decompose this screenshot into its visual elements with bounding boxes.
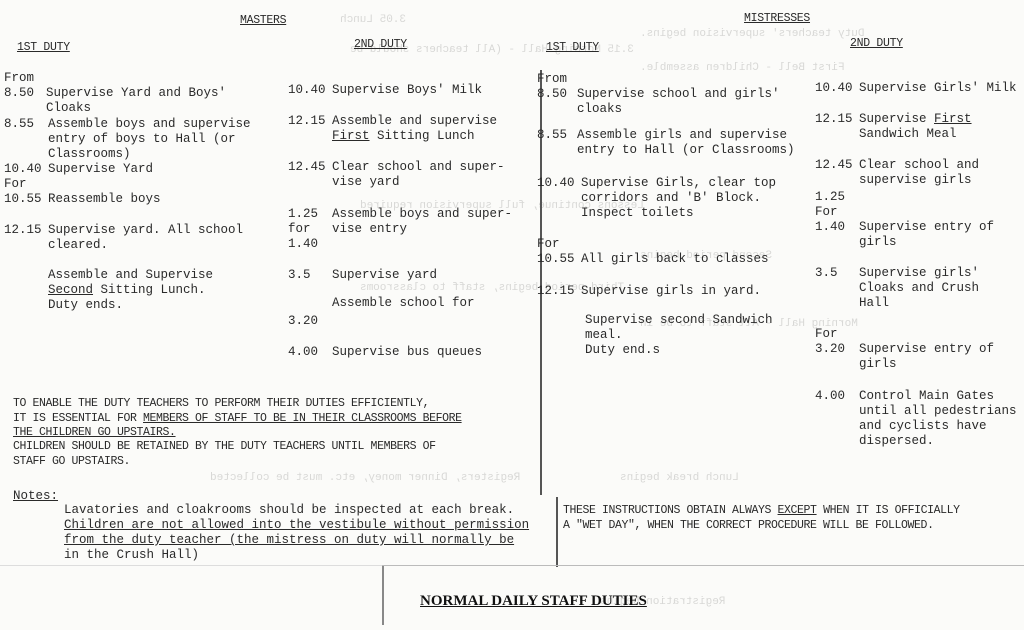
duty-description: Assemble and superviseFirst Sitting Lunc… — [332, 114, 497, 144]
duty-description-emphasis: First — [332, 129, 370, 143]
mistresses-second-duty-heading: 2ND DUTY — [850, 36, 903, 51]
wet-day-emphasis: EXCEPT — [778, 504, 817, 517]
duty-description: Clear school and super- vise yard — [332, 160, 505, 190]
duty-description: Control Main Gates until all pedestrians… — [859, 389, 1017, 449]
masters-second-duty-entry: 12.45Clear school and super- vise yard — [288, 160, 505, 190]
notes-label: Notes: — [13, 489, 58, 504]
masters-first-duty-entry: 8.55Assemble boys and supervise entry of… — [4, 117, 251, 162]
notes-line: from the duty teacher (the mistress on d… — [64, 533, 514, 548]
duty-time: For 10.55 — [4, 177, 48, 207]
notice-text: IT IS ESSENTIAL FOR — [13, 412, 143, 425]
duty-description: Supervise Girls, clear top corridors and… — [581, 176, 776, 221]
bleed-through-text: 3.05 Lunch — [340, 14, 406, 26]
duty-description: All girls back to classes — [581, 237, 769, 267]
duty-time: 12.15 — [815, 112, 859, 127]
duty-description: Supervise entry of girls — [859, 190, 994, 250]
wet-day-box-border — [556, 497, 558, 567]
duty-description: Duty ends. — [48, 298, 123, 312]
mistresses-first-duty-entry: For 10.55 All girls back to classes — [537, 237, 769, 267]
duty-description-line: Assemble and supervise — [332, 114, 497, 128]
mistresses-first-duty-entry: Supervise second Sandwich meal. Duty end… — [585, 313, 773, 358]
duty-time: 8.55 — [537, 128, 577, 143]
notes-line: in the Crush Hall) — [64, 548, 199, 563]
duty-time: 8.55 — [4, 117, 48, 132]
duty-description: Supervise yard. All school cleared. — [48, 223, 243, 253]
masters-second-duty-entry: 10.40Supervise Boys' Milk — [288, 83, 482, 98]
duty-time: 12.45 — [815, 158, 859, 173]
duty-time: 3.5 — [815, 266, 859, 281]
bleed-through-text: Duty teachers' supervision begins. — [640, 28, 864, 40]
wet-day-text: THESE INSTRUCTIONS OBTAIN ALWAYS — [563, 504, 778, 517]
notice-emphasis: THE CHILDREN GO UPSTAIRS. — [13, 425, 176, 440]
notice-line: STAFF GO UPSTAIRS. — [13, 454, 130, 469]
duty-time: From 8.50 — [537, 72, 581, 102]
duty-time: 10.40 — [537, 176, 581, 191]
duty-description-line: Sitting Lunch — [370, 129, 475, 143]
duty-description: Sitting Lunch. — [93, 283, 206, 297]
notes-line: Children are not allowed into the vestib… — [64, 518, 529, 533]
duty-description: Supervise bus queues — [332, 345, 482, 360]
masters-first-duty-entry: Duty ends. — [48, 298, 123, 313]
document-title: NORMAL DAILY STAFF DUTIES — [420, 593, 647, 610]
wet-day-text: WHEN IT IS OFFICIALLY — [817, 504, 960, 517]
masters-first-duty-entry: For 10.55 Reassemble boys — [4, 177, 161, 207]
title-box-border — [382, 565, 384, 625]
duty-description: Supervise yard — [332, 268, 437, 283]
duty-description: Assemble school for — [332, 296, 475, 311]
masters-second-duty-entry: 3.5Supervise yard — [288, 268, 437, 283]
notice-emphasis: MEMBERS OF STAFF TO BE IN THEIR CLASSROO… — [143, 412, 462, 425]
masters-second-duty-entry: Assemble school for — [288, 296, 475, 311]
mistresses-first-duty-entry: From 8.50 Supervise school and girls' cl… — [537, 72, 780, 117]
masters-first-duty-entry: Second Sitting Lunch. — [48, 283, 206, 298]
duty-description: Supervise Yard — [48, 162, 153, 177]
notes-box-border — [0, 565, 382, 566]
duty-time: 1.25 For 1.40 — [815, 190, 859, 235]
wet-day-line: THESE INSTRUCTIONS OBTAIN ALWAYS EXCEPT … — [563, 503, 960, 518]
duty-description: Reassemble boys — [48, 177, 161, 207]
duty-description: Clear school and supervise girls — [859, 158, 979, 188]
masters-second-duty-entry: 4.00Supervise bus queues — [288, 345, 482, 360]
wet-day-line: A "WET DAY", WHEN THE CORRECT PROCEDURE … — [563, 518, 934, 533]
mistresses-second-duty-entry: For 3.20 Supervise entry of girls — [815, 327, 994, 372]
duty-description-line: Supervise — [859, 112, 934, 126]
duty-time: 10.40 — [4, 162, 48, 177]
duty-time: 3.5 — [288, 268, 332, 283]
bleed-through-text: Lunch break begins — [620, 472, 739, 484]
mistresses-second-duty-entry: 12.15Supervise First Sandwich Meal — [815, 112, 972, 142]
notice-line: CHILDREN SHOULD BE RETAINED BY THE DUTY … — [13, 439, 436, 454]
duty-description: Assemble boys and supervise entry of boy… — [48, 117, 251, 162]
masters-second-duty-entry: 1.25 for 1.40Assemble boys and super- vi… — [288, 207, 512, 252]
mistresses-first-duty-heading: 1ST DUTY — [546, 40, 599, 55]
mistresses-first-duty-entry: 10.40Supervise Girls, clear top corridor… — [537, 176, 776, 221]
duty-time: 4.00 — [288, 345, 332, 360]
duty-time: From 8.50 — [4, 71, 48, 101]
duty-description: Supervise entry of girls — [859, 327, 994, 372]
duty-description-line: Sandwich Meal — [859, 127, 957, 141]
duty-time: For 3.20 — [815, 327, 859, 357]
masters-second-duty-entry: 3.20 — [288, 314, 332, 329]
masters-first-duty-entry: 12.15Supervise yard. All school cleared. — [4, 223, 243, 253]
duty-time: 1.25 for 1.40 — [288, 207, 332, 252]
duty-time: 10.40 — [815, 81, 859, 96]
mistresses-second-duty-entry: 10.40Supervise Girls' Milk — [815, 81, 1017, 96]
duty-time: 4.00 — [815, 389, 859, 404]
mistresses-second-duty-entry: 1.25 For 1.40 Supervise entry of girls — [815, 190, 994, 250]
duty-time: 3.20 — [288, 314, 332, 329]
duty-description: Supervise girls' Cloaks and Crush Hall — [859, 266, 979, 311]
duty-description: Supervise school and girls' cloaks — [577, 72, 780, 117]
duty-description: Assemble girls and supervise entry to Ha… — [577, 128, 795, 158]
bleed-through-text: Registers, Dinner money, etc. must be co… — [210, 472, 520, 484]
masters-second-duty-heading: 2ND DUTY — [354, 37, 407, 52]
masters-first-duty-entry: 10.40Supervise Yard — [4, 162, 153, 177]
masters-heading: MASTERS — [240, 13, 286, 28]
mistresses-second-duty-entry: 12.45Clear school and supervise girls — [815, 158, 979, 188]
notice-line: TO ENABLE THE DUTY TEACHERS TO PERFORM T… — [13, 396, 429, 411]
duty-time: 12.45 — [288, 160, 332, 175]
masters-first-duty-heading: 1ST DUTY — [17, 40, 70, 55]
duty-description: Supervise Boys' Milk — [332, 83, 482, 98]
mistresses-heading: MISTRESSES — [744, 11, 810, 26]
title-box-top-border — [382, 565, 1024, 566]
duty-time: For 10.55 — [537, 237, 581, 267]
duty-description: Supervise girls in yard. — [581, 284, 761, 299]
masters-second-duty-entry: 12.15Assemble and superviseFirst Sitting… — [288, 114, 497, 144]
mistresses-first-duty-entry: 8.55Assemble girls and supervise entry t… — [537, 128, 795, 158]
duty-description: Supervise Girls' Milk — [859, 81, 1017, 96]
notes-text: from the duty teacher (the mistress on d… — [64, 533, 514, 547]
duty-description: Assemble boys and super- vise entry — [332, 207, 512, 237]
masters-first-duty-entry: From 8.50Supervise Yard and Boys' Cloaks — [4, 71, 226, 116]
duty-description: Supervise Yard and Boys' Cloaks — [46, 86, 226, 116]
masters-first-duty-entry: Assemble and Supervise — [48, 268, 213, 283]
duty-description: Assemble and Supervise — [48, 268, 213, 282]
duty-time: 12.15 — [4, 223, 48, 238]
duty-time: 10.40 — [288, 83, 332, 98]
duty-description-emphasis: Second — [48, 283, 93, 297]
mistresses-second-duty-entry: 4.00Control Main Gates until all pedestr… — [815, 389, 1017, 449]
mistresses-first-duty-entry: 12.15Supervise girls in yard. — [537, 284, 761, 299]
notice-line: IT IS ESSENTIAL FOR MEMBERS OF STAFF TO … — [13, 411, 462, 426]
duty-time: 12.15 — [537, 284, 581, 299]
duty-description: Supervise second Sandwich meal. Duty end… — [585, 313, 773, 358]
duty-time: 12.15 — [288, 114, 332, 129]
duty-description-emphasis: First — [934, 112, 972, 126]
mistresses-second-duty-entry: 3.5Supervise girls' Cloaks and Crush Hal… — [815, 266, 979, 311]
notes-line: Lavatories and cloakrooms should be insp… — [64, 503, 514, 518]
duty-description: Supervise First Sandwich Meal — [859, 112, 972, 142]
